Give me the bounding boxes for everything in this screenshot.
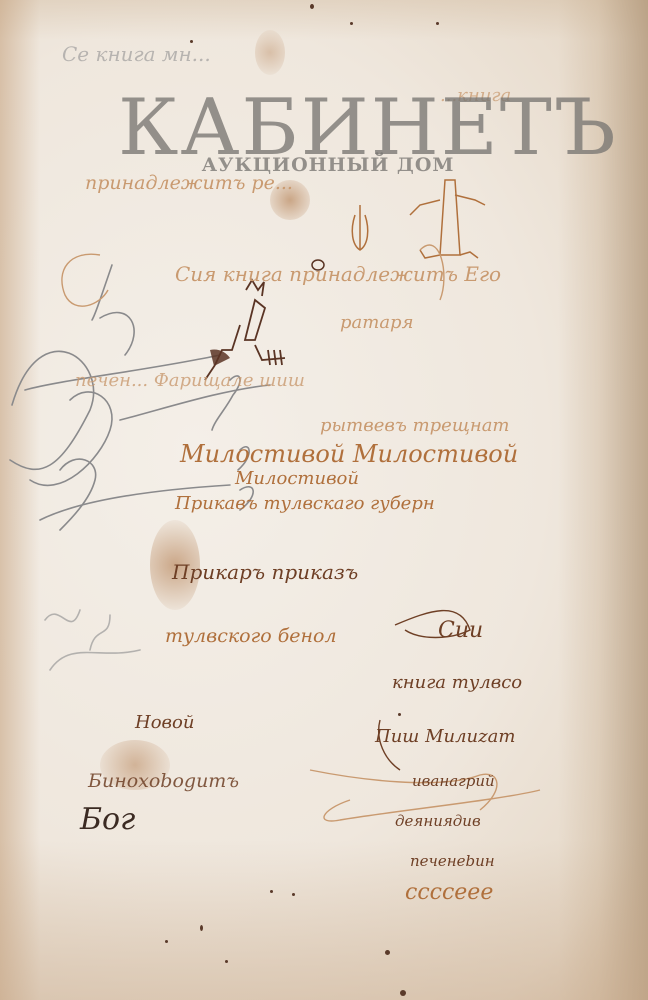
manuscript-line: Бог [80, 802, 135, 837]
manuscript-line: Сия книга принадлежитъ Его [175, 262, 501, 286]
manuscript-line: иванагрий [412, 772, 495, 790]
manuscript-line: Се книга мн... [62, 42, 211, 66]
manuscript-line: Милостивой Милостивой [180, 440, 518, 468]
manuscript-page: Се книга мн... ...книга принадлежитъ ре.… [0, 0, 648, 1000]
manuscript-line: тулвского бенол [165, 625, 337, 647]
manuscript-line: печенеbин [410, 852, 495, 870]
manuscript-line: Прикавъ тулвскаго губерн [175, 493, 435, 514]
manuscript-line: печен... Фарищале шиш [75, 370, 305, 391]
manuscript-line: книга тулвсо [392, 672, 522, 693]
manuscript-line: деяниядив [395, 812, 481, 830]
manuscript-line: ссссеее [405, 880, 493, 905]
manuscript-line: Сии [438, 618, 483, 643]
manuscript-line: Новой [135, 712, 194, 733]
manuscript-line: Милостивой [235, 468, 359, 489]
manuscript-line: ратаря [340, 312, 414, 333]
manuscript-line: Бинохоbоgumъ [88, 770, 239, 792]
manuscript-line: рытвевъ трещнат [320, 415, 510, 436]
manuscript-line: Прикаръ приказъ [172, 560, 358, 584]
manuscript-line: Пиш Милиzam [375, 726, 515, 747]
auction-house-watermark: КАБИНЕТЪ АУКЦИОННЫЙ ДОМ [118, 88, 538, 176]
